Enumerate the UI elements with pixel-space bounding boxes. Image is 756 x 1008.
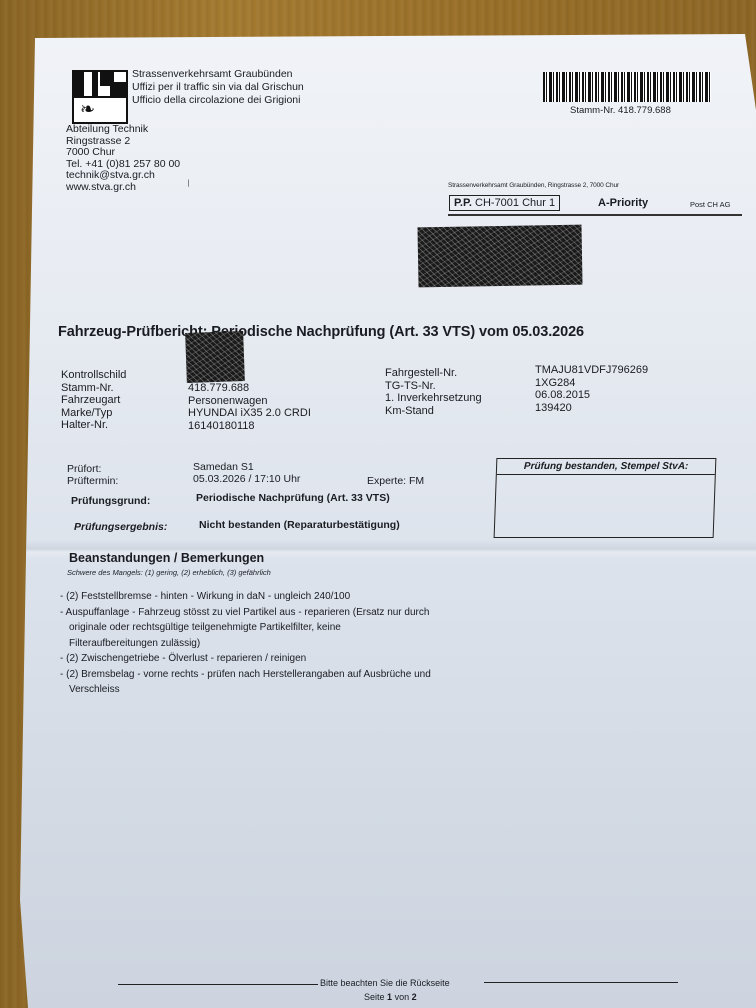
label-pruefort: Prüfort: <box>67 463 118 475</box>
footer-note: Bitte beachten Sie die Rückseite <box>320 978 450 988</box>
value-pruefort: Samedan S1 <box>193 461 300 473</box>
redacted-recipient-address <box>417 225 582 288</box>
label-pruefungsgrund: Prüfungsgrund: <box>71 495 150 507</box>
value-fahrgestell-nr: TMAJU81VDFJ796269 <box>535 364 648 377</box>
label-marke-typ: Marke/Typ <box>61 407 126 420</box>
remark-item-continuation: Filteraufbereitungen zulässig) <box>60 636 431 652</box>
remarks-list: - (2) Feststellbremse - hinten - Wirkung… <box>60 589 431 698</box>
value-marke-typ: HYUNDAI iX35 2.0 CRDI <box>188 407 311 420</box>
priority-label: A-Priority <box>598 197 648 209</box>
vehicle-labels-left: Kontrollschild Stamm-Nr. Fahrzeugart Mar… <box>61 369 126 432</box>
postage-divider <box>448 214 742 216</box>
label-tg-ts-nr: TG-TS-Nr. <box>385 380 482 393</box>
label-halter-nr: Halter-Nr. <box>61 419 126 432</box>
vehicle-values-left: 418.779.688 Personenwagen HYUNDAI iX35 2… <box>188 382 311 432</box>
coat-of-arms-logo: ❧ <box>72 70 128 124</box>
redacted-license-plate <box>185 331 245 383</box>
page-sep: von <box>395 992 410 1002</box>
value-fahrzeugart: Personenwagen <box>188 395 311 408</box>
barcode-label: Stamm-Nr. 418.779.688 <box>570 105 671 116</box>
stamp-box: Prüfung bestanden, Stempel StvA: <box>494 458 717 538</box>
department-city: 7000 Chur <box>66 147 180 159</box>
department-name: Abteilung Technik <box>66 124 180 136</box>
remark-item-continuation: originale oder rechtsgültige teilgenehmi… <box>60 620 431 636</box>
page-current: 1 <box>387 992 392 1002</box>
vehicle-values-right: TMAJU81VDFJ796269 1XG284 06.08.2015 1394… <box>535 364 648 414</box>
report-title: Fahrzeug-Prüfbericht: Periodische Nachpr… <box>58 324 584 340</box>
label-pruefungsergebnis: Prüfungsergebnis: <box>74 521 167 533</box>
footer-rule-left <box>118 984 318 985</box>
pp-prefix: P.P. <box>454 197 472 209</box>
remark-item: - (2) Zwischengetriebe - Ölverlust - rep… <box>60 651 431 667</box>
document-page: ❧ Strassenverkehrsamt Graubünden Uffizi … <box>0 0 756 1008</box>
label-fahrgestell-nr: Fahrgestell-Nr. <box>385 367 482 380</box>
page-prefix: Seite <box>364 992 385 1002</box>
carrier-label: Post CH AG <box>690 200 730 209</box>
pp-code: CH-7001 Chur 1 <box>475 197 555 209</box>
page-indicator: Seite 1 von 2 <box>364 992 417 1002</box>
pen-mark: ∕ <box>186 178 192 187</box>
department-email[interactable]: technik@stva.gr.ch <box>66 170 180 182</box>
logo-quarter-cross <box>100 72 126 96</box>
severity-legend: Schwere des Mangels: (1) gering, (2) erh… <box>67 568 271 577</box>
test-values: Samedan S1 05.03.2026 / 17:10 Uhr <box>193 461 300 485</box>
logo-divider <box>74 96 126 98</box>
remark-item: - Auspuffanlage - Fahrzeug stösst zu vie… <box>60 605 431 621</box>
pp-postage-box: P.P. CH-7001 Chur 1 <box>449 195 560 211</box>
remarks-title: Beanstandungen / Bemerkungen <box>69 551 264 565</box>
vehicle-labels-right: Fahrgestell-Nr. TG-TS-Nr. 1. Inverkehrse… <box>385 367 482 417</box>
ibex-icon: ❧ <box>80 100 95 118</box>
office-name-rm: Uffizi per il traffic sin via dal Grisch… <box>132 81 304 94</box>
value-halter-nr: 16140180118 <box>188 420 311 433</box>
office-name-it: Ufficio della circolazione dei Grigioni <box>132 94 304 107</box>
value-inverkehrsetzung: 06.08.2015 <box>535 389 648 402</box>
value-stamm-nr: 418.779.688 <box>188 382 311 395</box>
value-pruefungsgrund: Periodische Nachprüfung (Art. 33 VTS) <box>196 492 390 504</box>
office-names: Strassenverkehrsamt Graubünden Uffizi pe… <box>132 68 304 107</box>
value-prueftermin: 05.03.2026 / 17:10 Uhr <box>193 473 300 485</box>
label-kontrollschild: Kontrollschild <box>61 369 126 382</box>
test-labels: Prüfort: Prüftermin: <box>67 463 118 487</box>
footer-rule-right <box>484 982 678 983</box>
sender-return-address: Strassenverkehrsamt Graubünden, Ringstra… <box>448 182 619 189</box>
office-name-de: Strassenverkehrsamt Graubünden <box>132 68 304 81</box>
remark-item: - (2) Feststellbremse - hinten - Wirkung… <box>60 589 431 605</box>
remark-item-continuation: Verschleiss <box>60 682 431 698</box>
page-total: 2 <box>412 992 417 1002</box>
value-tg-ts-nr: 1XG284 <box>535 377 648 390</box>
expert-label: Experte: FM <box>367 475 424 487</box>
label-km-stand: Km-Stand <box>385 405 482 418</box>
label-inverkehrsetzung: 1. Inverkehrsetzung <box>385 392 482 405</box>
value-km-stand: 139420 <box>535 402 648 415</box>
logo-quarter-stripe <box>84 72 92 96</box>
value-pruefungsergebnis: Nicht bestanden (Reparaturbestätigung) <box>199 519 400 531</box>
department-web[interactable]: www.stva.gr.ch <box>66 182 180 194</box>
label-stamm-nr: Stamm-Nr. <box>61 382 126 395</box>
stamp-box-title: Prüfung bestanden, Stempel StvA: <box>497 459 716 475</box>
barcode <box>543 72 711 102</box>
remark-item: - (2) Bremsbelag - vorne rechts - prüfen… <box>60 667 431 683</box>
department-address: Abteilung Technik Ringstrasse 2 7000 Chu… <box>66 124 180 193</box>
label-prueftermin: Prüftermin: <box>67 475 118 487</box>
label-fahrzeugart: Fahrzeugart <box>61 394 126 407</box>
